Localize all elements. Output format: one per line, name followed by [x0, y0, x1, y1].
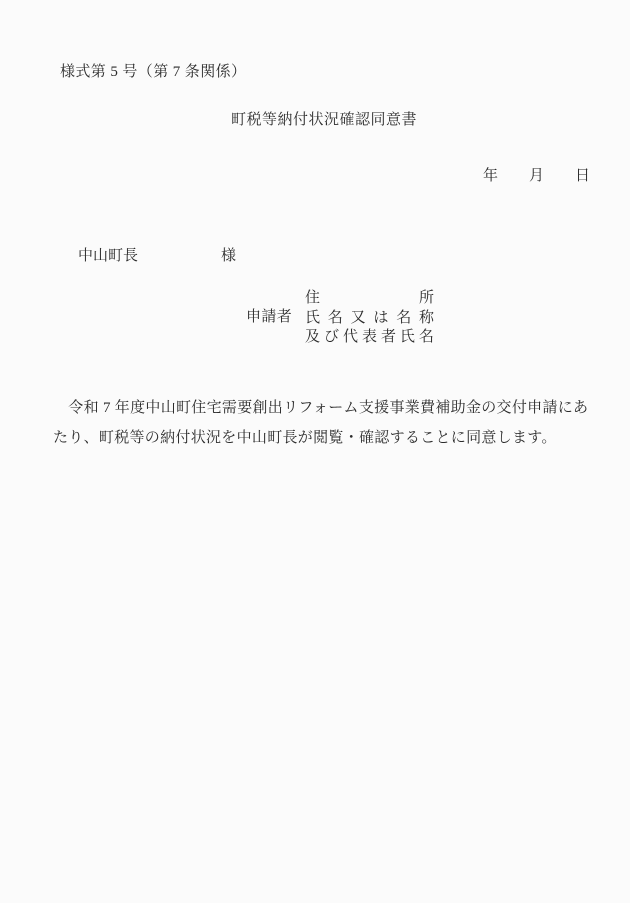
consent-statement: 令和 7 年度中山町住宅需要創出リフォーム支援事業費補助金の交付申請にあ たり、… [53, 393, 588, 453]
name-field-label: 氏名又は名称 [305, 309, 434, 329]
form-number: 様式第 5 号（第 7 条関係） [60, 60, 246, 81]
date-year-label: 年 [483, 164, 498, 185]
addressee-line: 中山町長 様 [78, 244, 236, 265]
consent-statement-line-2: たり、町税等の納付状況を中山町長が閲覧・確認することに同意します。 [53, 423, 588, 453]
applicant-label: 申請者 [246, 308, 292, 328]
representative-field-label: 及び代表者氏名 [305, 328, 434, 348]
date-month-label: 月 [529, 164, 544, 185]
date-line: 年 月 日 [483, 164, 590, 185]
address-field-label: 住所 [305, 289, 434, 309]
applicant-fields: 住所 氏名又は名称 及び代表者氏名 [305, 289, 434, 348]
document-title: 町税等納付状況確認同意書 [18, 108, 630, 129]
addressee-name: 中山町長 [78, 244, 138, 265]
honorific-label: 様 [221, 244, 236, 265]
consent-statement-line-1: 令和 7 年度中山町住宅需要創出リフォーム支援事業費補助金の交付申請にあ [53, 393, 588, 423]
date-day-label: 日 [575, 164, 590, 185]
document-page: 様式第 5 号（第 7 条関係） 町税等納付状況確認同意書 年 月 日 中山町長… [0, 0, 630, 903]
